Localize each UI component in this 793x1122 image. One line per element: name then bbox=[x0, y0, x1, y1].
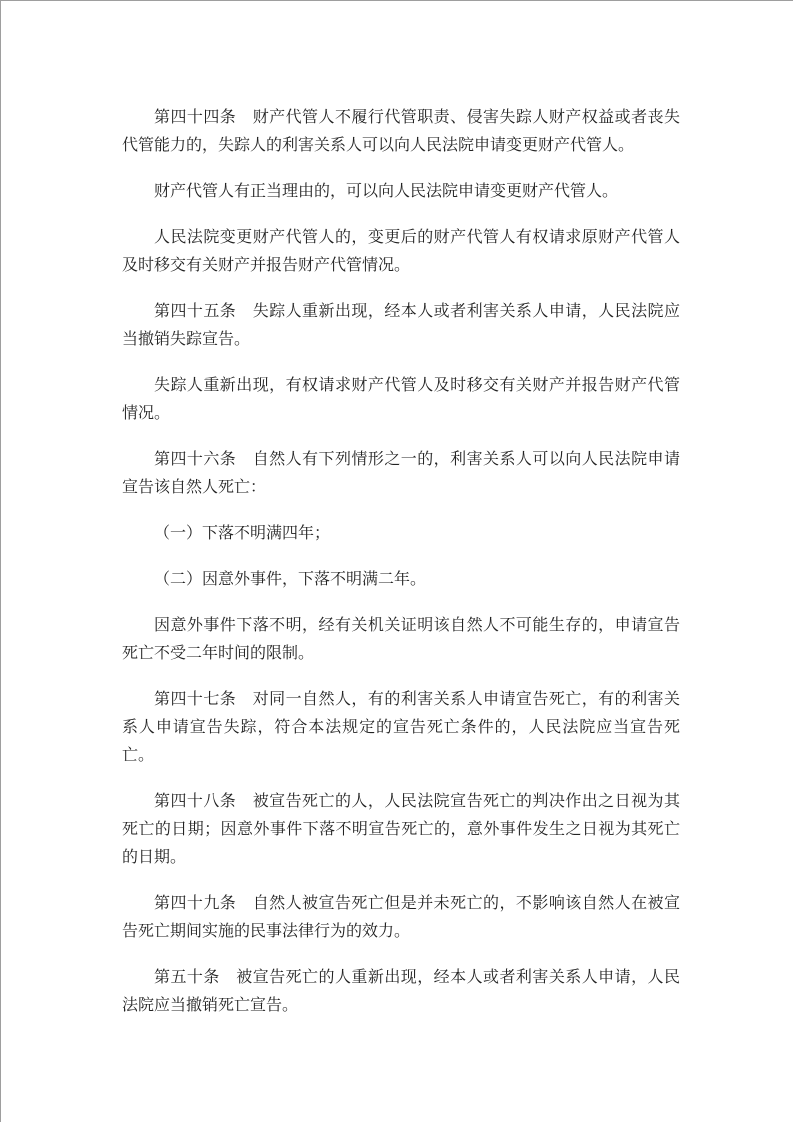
article-46-item-1: （一）下落不明满四年； bbox=[122, 520, 680, 548]
article-46-para-2: 因意外事件下落不明，经有关机关证明该自然人不可能生存的，申请宣告死亡不受二年时间… bbox=[122, 612, 680, 668]
article-46-item-2: （二）因意外事件，下落不明满二年。 bbox=[122, 566, 680, 594]
article-46-para-1: 第四十六条 自然人有下列情形之一的，利害关系人可以向人民法院申请宣告该自然人死亡… bbox=[122, 446, 680, 502]
article-44-para-2: 财产代管人有正当理由的，可以向人民法院申请变更财产代管人。 bbox=[122, 178, 680, 206]
article-49-para-1: 第四十九条 自然人被宣告死亡但是并未死亡的，不影响该自然人在被宣告死亡期间实施的… bbox=[122, 890, 680, 946]
article-48-para-1: 第四十八条 被宣告死亡的人，人民法院宣告死亡的判决作出之日视为其死亡的日期；因意… bbox=[122, 788, 680, 872]
article-44-para-1: 第四十四条 财产代管人不履行代管职责、侵害失踪人财产权益或者丧失代管能力的，失踪… bbox=[122, 104, 680, 160]
article-45-para-1: 第四十五条 失踪人重新出现，经本人或者利害关系人申请，人民法院应当撤销失踪宣告。 bbox=[122, 298, 680, 354]
article-44-para-3: 人民法院变更财产代管人的，变更后的财产代管人有权请求原财产代管人及时移交有关财产… bbox=[122, 224, 680, 280]
document-text-block: 第四十四条 财产代管人不履行代管职责、侵害失踪人财产权益或者丧失代管能力的，失踪… bbox=[122, 104, 680, 1020]
article-45-para-2: 失踪人重新出现，有权请求财产代管人及时移交有关财产并报告财产代管情况。 bbox=[122, 372, 680, 428]
article-47-para-1: 第四十七条 对同一自然人，有的利害关系人申请宣告死亡，有的利害关系人申请宣告失踪… bbox=[122, 686, 680, 770]
document-page: { "page": { "background": "#ffffff", "ed… bbox=[0, 0, 793, 1122]
article-50-para-1: 第五十条 被宣告死亡的人重新出现，经本人或者利害关系人申请，人民法院应当撤销死亡… bbox=[122, 964, 680, 1020]
